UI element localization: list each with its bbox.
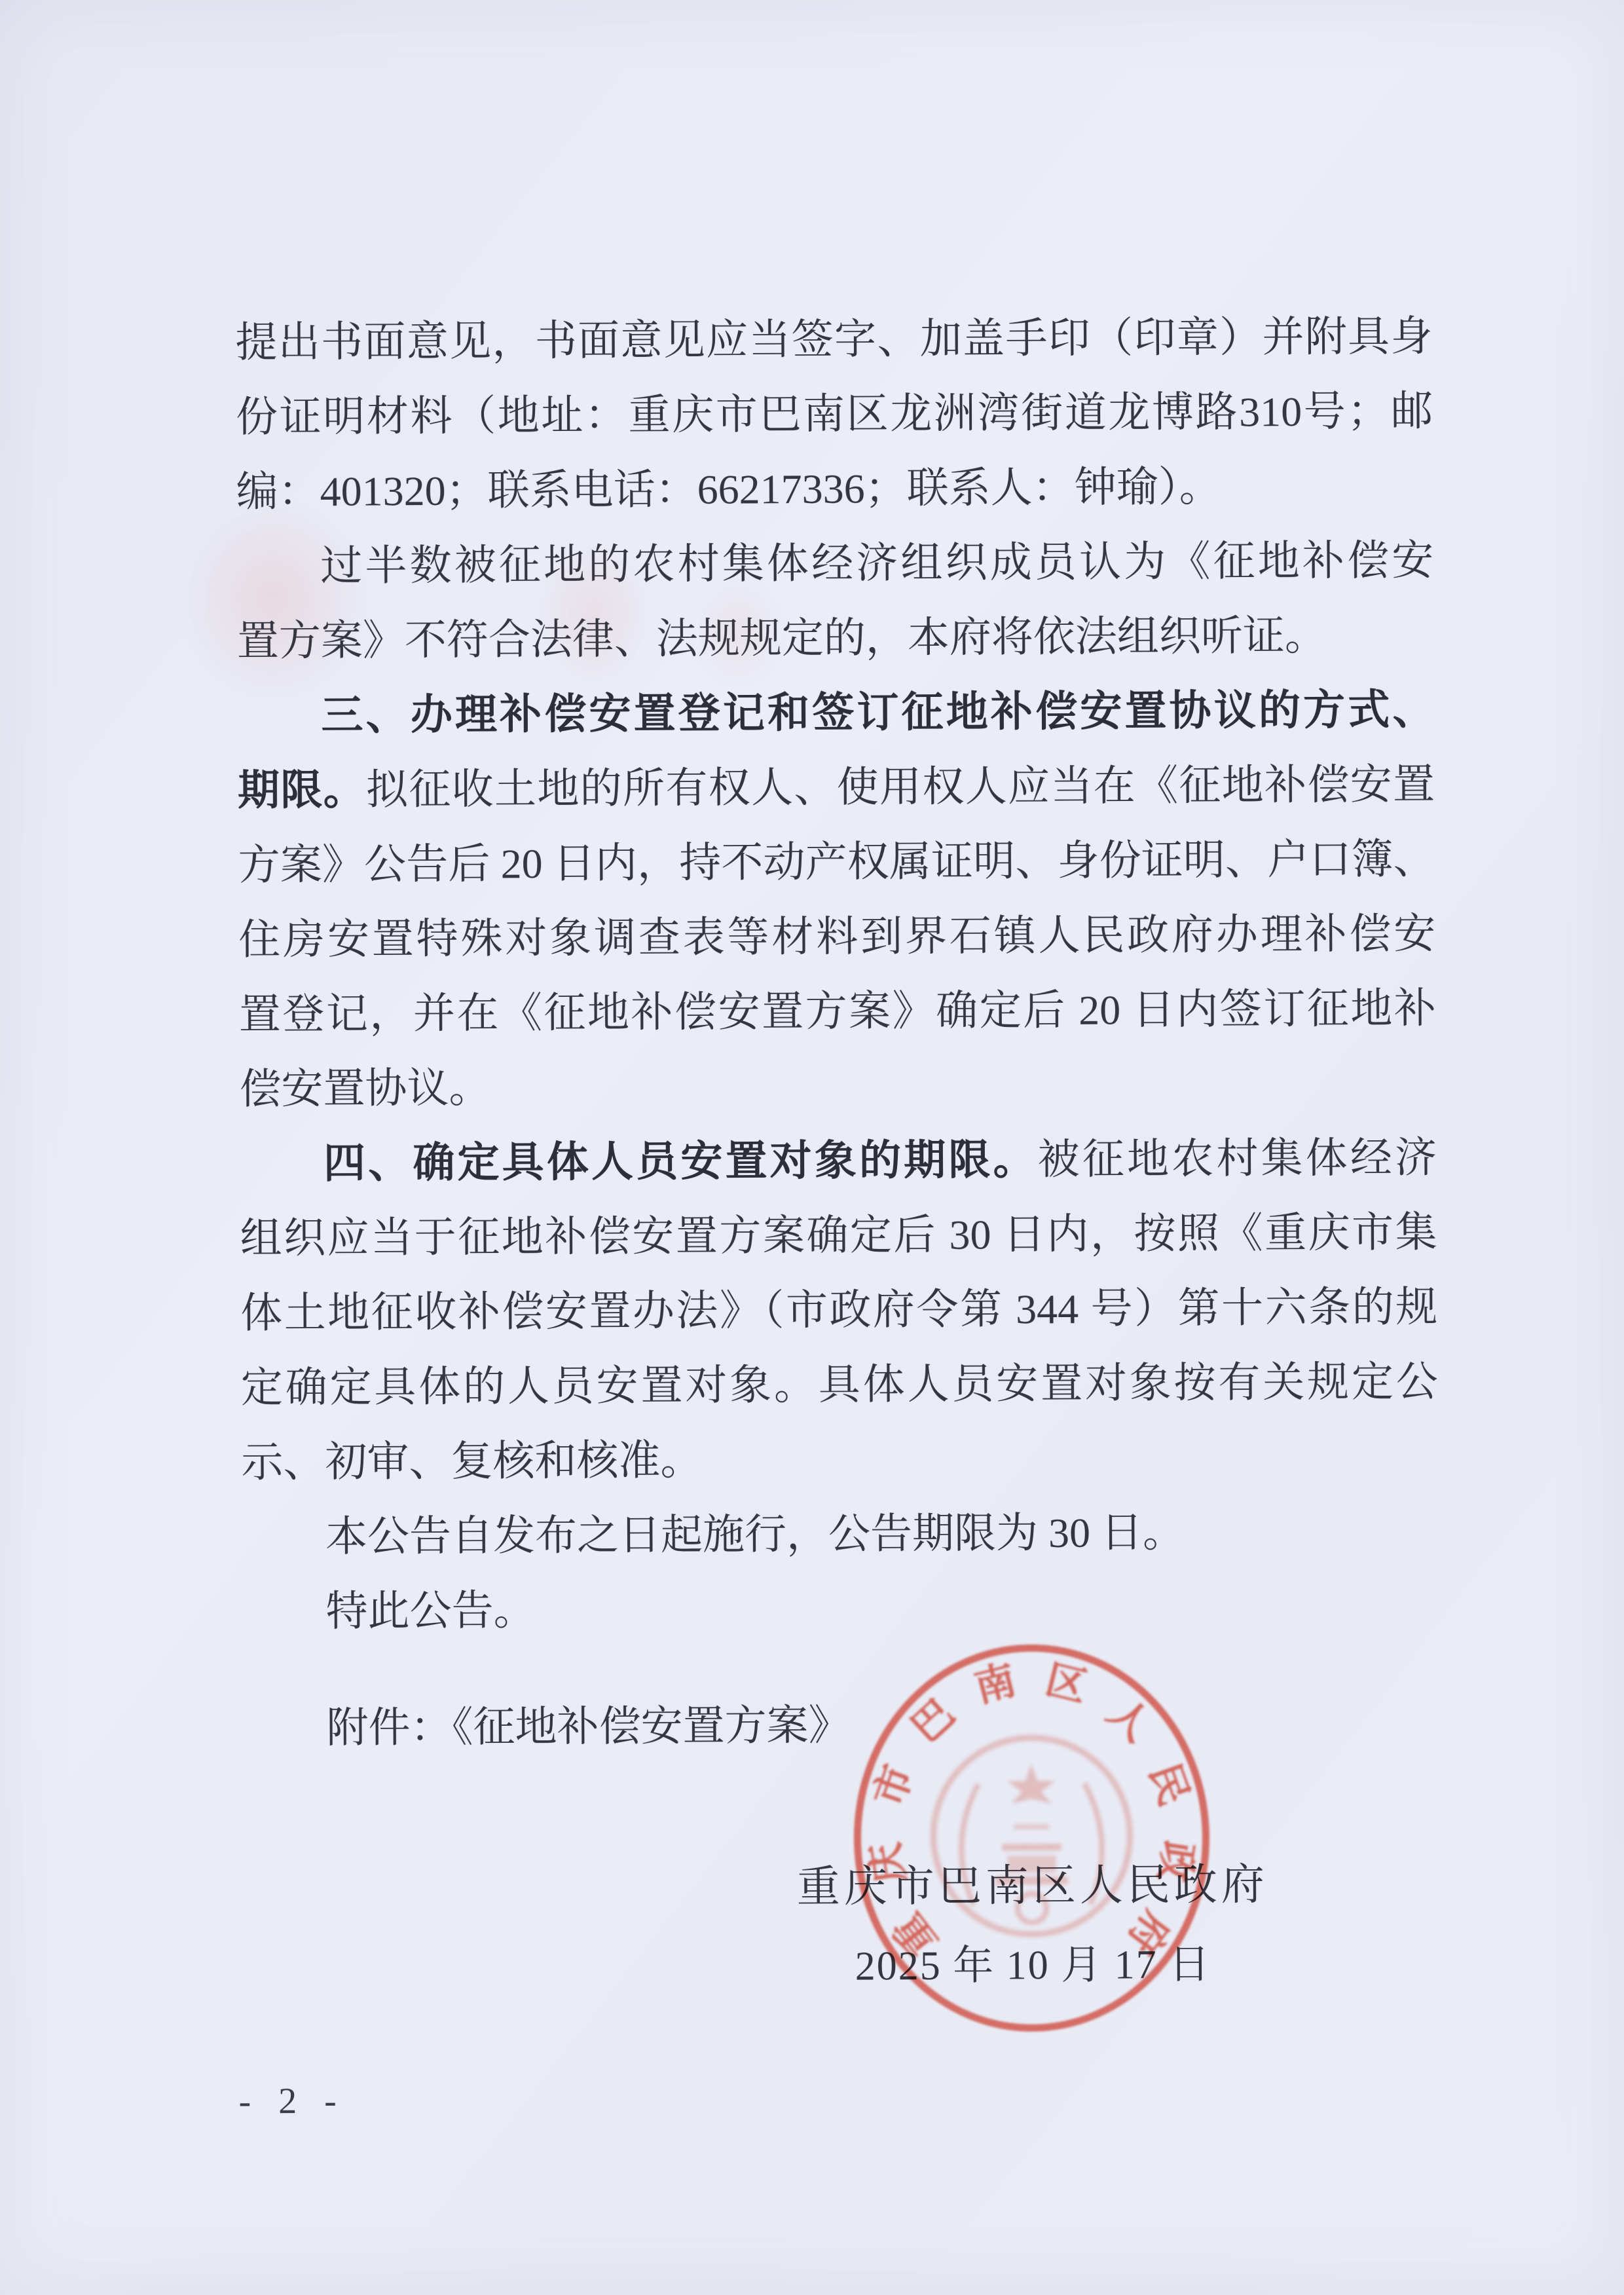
text-segment: 期限。 (238, 767, 366, 814)
body-lines: 提出书面意见，书面意见应当签字、加盖手印（印章）并附具身份证明材料（地址：重庆市… (235, 299, 1440, 1766)
text-segment: 编：401320；联系电话：66217336；联系人：钟瑜）。 (236, 464, 1221, 515)
text-segment: 三、办理补偿安置登记和签订征地补偿安置协议的方式、 (321, 686, 1434, 739)
body-line: 体土地征收补偿安置办法》（市政府令第 344 号）第十六条的规 (240, 1270, 1438, 1351)
body-line: 方案》公告后 20 日内，持不动产权属证明、身份证明、户口簿、 (238, 822, 1435, 903)
body-line: 四、确定具体人员安置对象的期限。被征地农村集体经济 (240, 1121, 1437, 1202)
seal-arc-char: 区 (1041, 1658, 1091, 1711)
official-seal: 重庆市巴南区人民政府 (841, 1639, 1223, 2047)
text-segment: 住房安置特殊对象调查表等材料到界石镇人民政府办理补偿安 (238, 910, 1435, 963)
text-segment: 方案》公告后 20 日内，持不动产权属证明、身份证明、户口簿、 (238, 836, 1435, 889)
seal-arc-char: 庆 (862, 1839, 913, 1886)
text-segment: 被征地农村集体经济 (1038, 1134, 1437, 1183)
body-line: 过半数被征地的农村集体经济组织成员认为《征地补偿安 (236, 523, 1434, 605)
seal-arc-char: 政 (1151, 1838, 1200, 1884)
body-line: 特此公告。 (242, 1569, 1439, 1650)
body-line: 示、初审、复核和核准。 (241, 1419, 1439, 1501)
text-segment: 提出书面意见，书面意见应当签字、加盖手印（印章）并附具身 (235, 313, 1432, 366)
text-segment: 示、初审、复核和核准。 (241, 1437, 702, 1486)
body-line: 期限。拟征收土地的所有权人、使用权人应当在《征地补偿安置 (238, 747, 1435, 829)
body-line: 提出书面意见，书面意见应当签字、加盖手印（印章）并附具身 (235, 299, 1433, 381)
page-number: - 2 - (238, 2080, 346, 2123)
text-segment: 本公告自发布之日起施行，公告期限为 30 日。 (325, 1509, 1185, 1560)
seal-arc-char: 南 (970, 1657, 1020, 1711)
national-emblem-icon (933, 1737, 1131, 1935)
text-segment: 拟征收土地的所有权人、使用权人应当在《征地补偿安置 (366, 761, 1435, 813)
page-content: 提出书面意见，书面意见应当签字、加盖手印（印章）并附具身份证明材料（地址：重庆市… (0, 0, 1624, 2295)
body-line: 组织应当于征地补偿安置方案确定后 30 日内，按照《重庆市集 (240, 1195, 1437, 1277)
body-line: 偿安置协议。 (239, 1046, 1437, 1127)
text-segment: 体土地征收补偿安置办法》（市政府令第 344 号）第十六条的规 (240, 1284, 1437, 1337)
seal-arc-char: 市 (866, 1759, 922, 1812)
seal-ring (857, 1647, 1207, 2029)
text-segment: 特此公告。 (325, 1587, 535, 1635)
body-line: 住房安置特殊对象调查表等材料到界石镇人民政府办理补偿安 (238, 897, 1436, 978)
body-line: 置登记，并在《征地补偿安置方案》确定后 20 日内签订征地补 (239, 971, 1437, 1053)
text-segment: 过半数被征地的农村集体经济组织成员认为《征地补偿安 (320, 537, 1433, 589)
text-segment: 置登记，并在《征地补偿安置方案》确定后 20 日内签订征地补 (239, 985, 1436, 1038)
body-line: 编：401320；联系电话：66217336；联系人：钟瑜）。 (236, 449, 1433, 530)
body-line: 份证明材料（地址：重庆市巴南区龙洲湾街道龙博路310号；邮 (236, 374, 1433, 455)
text-segment: 偿安置协议。 (239, 1065, 490, 1113)
text-segment: 置方案》不符合法律、法规规定的，本府将依法组织听证。 (237, 612, 1327, 665)
body-line: 置方案》不符合法律、法规规定的，本府将依法组织听证。 (237, 598, 1435, 679)
text-segment: 定确定具体的人员安置对象。具体人员安置对象按有关规定公 (241, 1358, 1438, 1411)
body-line: 定确定具体的人员安置对象。具体人员安置对象按有关规定公 (241, 1345, 1439, 1426)
text-segment: 份证明材料（地址：重庆市巴南区龙洲湾街道龙博路310号；邮 (236, 388, 1433, 441)
seal-arc-char: 民 (1141, 1758, 1196, 1811)
scanned-document-page: 提出书面意见，书面意见应当签字、加盖手印（印章）并附具身份证明材料（地址：重庆市… (0, 0, 1624, 2295)
text-segment: 四、确定具体人员安置对象的期限。 (323, 1136, 1038, 1187)
text-segment: 组织应当于征地补偿安置方案确定后 30 日内，按照《重庆市集 (240, 1209, 1437, 1262)
text-segment: 附件：《征地补偿安置方案》 (326, 1702, 850, 1751)
body-line: 本公告自发布之日起施行，公告期限为 30 日。 (242, 1494, 1439, 1575)
body-line: 三、办理补偿安置登记和签订征地补偿安置协议的方式、 (237, 673, 1435, 754)
